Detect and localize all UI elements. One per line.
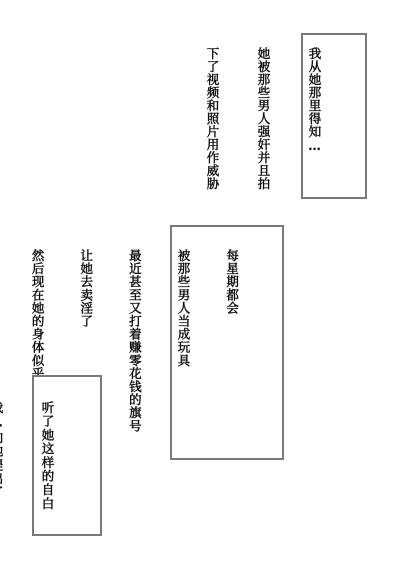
caption-line: 最近甚至又打着赚零花钱的旗号: [126, 249, 142, 432]
caption-box-1: 我从她那里得知… 她被那些男人强奸并且拍 下了视频和照片用作威胁: [301, 33, 367, 199]
caption-text-3: 听了她这样的自白 我…向她提出了 一个最差劲的请求: [0, 401, 90, 511]
caption-line: 我从她那里得知…: [306, 47, 323, 190]
caption-line: 她被那些男人强奸并且拍: [255, 47, 272, 190]
caption-box-2: 每星期都会 被那些男人当成玩具 最近甚至又打着赚零花钱的旗号 让她去卖淫了 然后…: [170, 225, 284, 460]
caption-line: 听了她这样的自白: [39, 401, 56, 511]
caption-line: 被那些男人当成玩具: [175, 249, 191, 432]
caption-line: 我…向她提出了: [0, 401, 5, 511]
caption-line: 下了视频和照片用作威胁: [204, 47, 221, 190]
caption-line: 每星期都会: [223, 249, 239, 432]
caption-text-1: 我从她那里得知… 她被那些男人强奸并且拍 下了视频和照片用作威胁: [170, 47, 357, 190]
caption-box-3: 听了她这样的自白 我…向她提出了 一个最差劲的请求: [32, 375, 102, 536]
